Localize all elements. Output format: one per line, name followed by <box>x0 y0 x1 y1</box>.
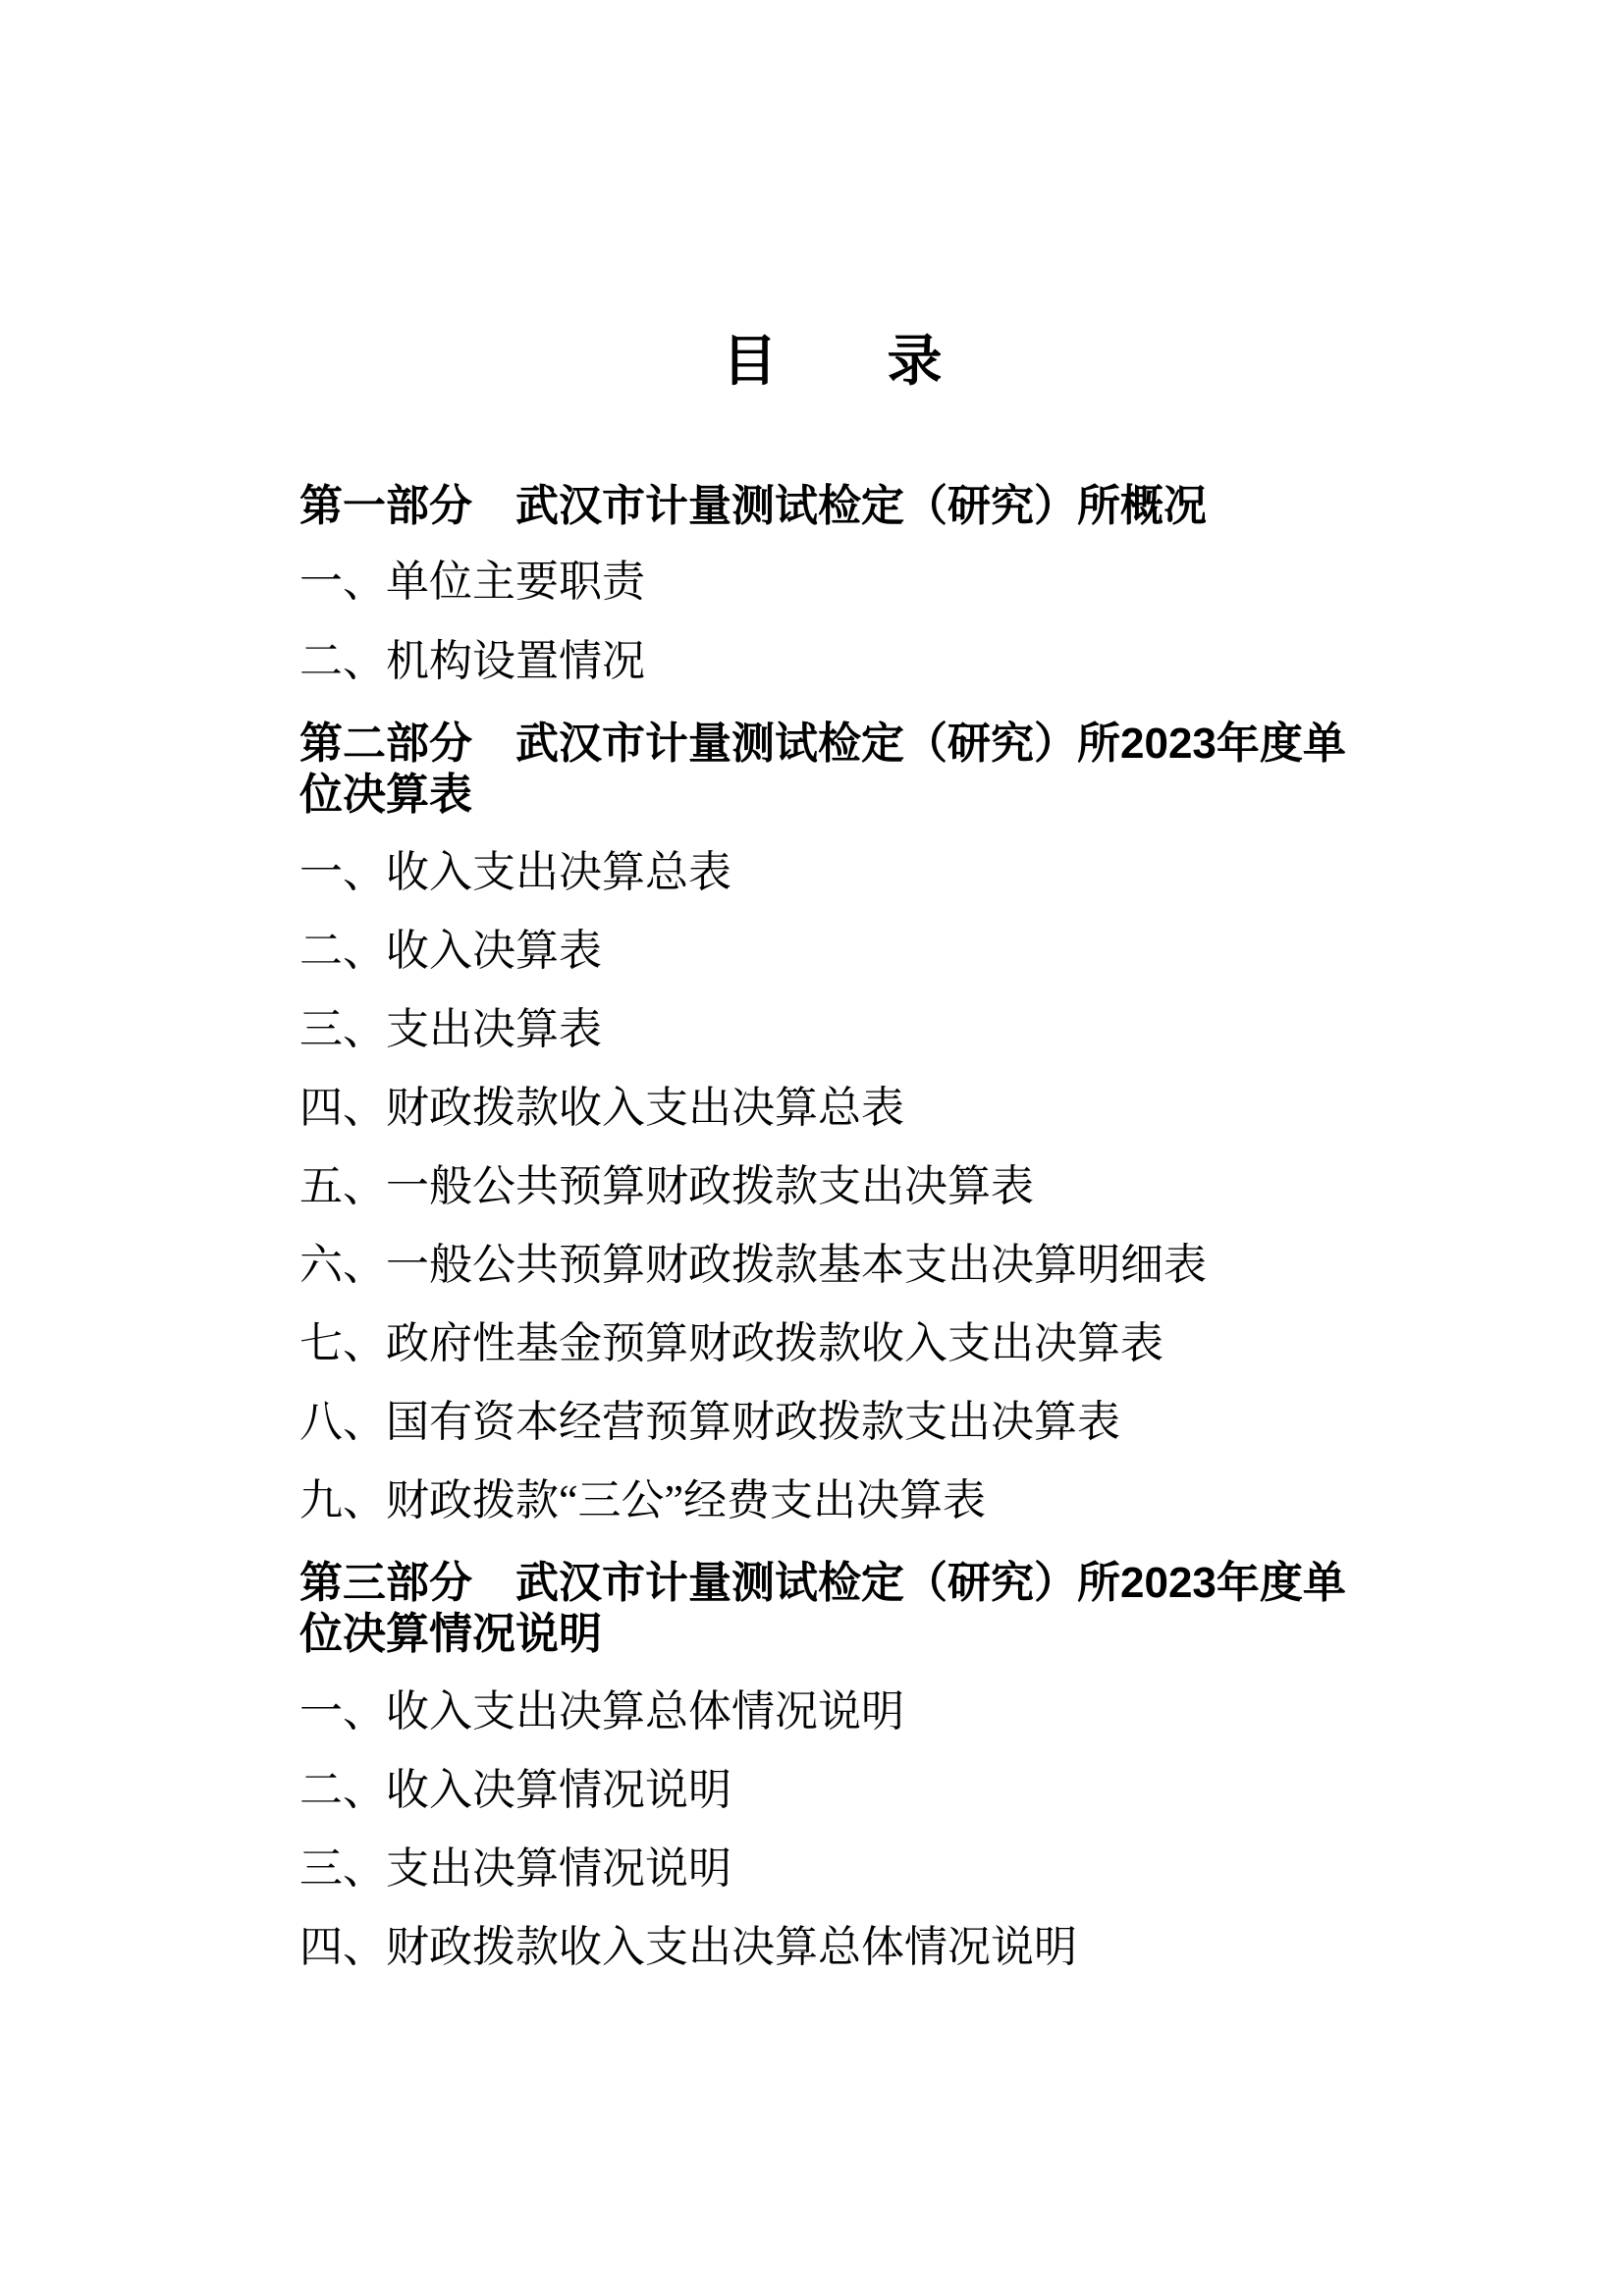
part-3-heading-line-2: 位决算情况说明 <box>299 1610 602 1658</box>
toc-item-revenue-note: 二、收入决算情况说明 <box>299 1767 1478 1814</box>
toc-item-expenditure-note: 三、支出决算情况说明 <box>299 1845 1478 1893</box>
part-2-heading-line-2: 位决算表 <box>299 771 472 819</box>
toc-item-fiscal-approp-rev-exp-summary-table: 四、财政拨款收入支出决算总表 <box>299 1085 1478 1132</box>
toc-item-general-budget-basic-exp-detail-table: 六、一般公共预算财政拨款基本支出决算明细表 <box>299 1242 1478 1289</box>
toc-item-revenue-table: 二、收入决算表 <box>299 928 1478 975</box>
part-2-heading: 第二部分 武汉市计量测试检定（研究）所2023年度单位决算表 <box>299 719 1375 821</box>
toc-item-general-budget-exp-table: 五、一般公共预算财政拨款支出决算表 <box>299 1163 1478 1210</box>
part-2-heading-line-1: 第二部分 武汉市计量测试检定（研究）所2023年度单 <box>299 720 1346 768</box>
page-title: 目 录 <box>299 332 1365 391</box>
toc-item-main-duties: 一、单位主要职责 <box>299 559 1478 606</box>
toc-item-rev-exp-summary-table: 一、收入支出决算总表 <box>299 849 1478 896</box>
toc-item-state-capital-budget-table: 八、国有资本经营预算财政拨款支出决算表 <box>299 1399 1478 1446</box>
part-1-heading: 第一部分 武汉市计量测试检定（研究）所概况 <box>299 481 1375 532</box>
toc-item-govt-fund-budget-table: 七、政府性基金预算财政拨款收入支出决算表 <box>299 1320 1478 1367</box>
toc-item-rev-exp-overall-note: 一、收入支出决算总体情况说明 <box>299 1688 1478 1735</box>
document-page: 目 录 第一部分 武汉市计量测试检定（研究）所概况 一、单位主要职责 二、机构设… <box>0 0 1623 2296</box>
toc-item-three-public-exp-table: 九、财政拨款“三公”经费支出决算表 <box>299 1477 1478 1524</box>
part-1-heading-line-1: 第一部分 武汉市计量测试检定（研究）所概况 <box>299 482 1207 530</box>
toc-item-fiscal-approp-overall-note: 四、财政拨款收入支出决算总体情况说明 <box>299 1924 1478 1971</box>
part-3-heading-line-1: 第三部分 武汉市计量测试检定（研究）所2023年度单 <box>299 1559 1346 1607</box>
part-3-heading: 第三部分 武汉市计量测试检定（研究）所2023年度单位决算情况说明 <box>299 1558 1375 1660</box>
toc-item-org-structure: 二、机构设置情况 <box>299 638 1478 685</box>
toc-item-expenditure-table: 三、支出决算表 <box>299 1006 1478 1053</box>
